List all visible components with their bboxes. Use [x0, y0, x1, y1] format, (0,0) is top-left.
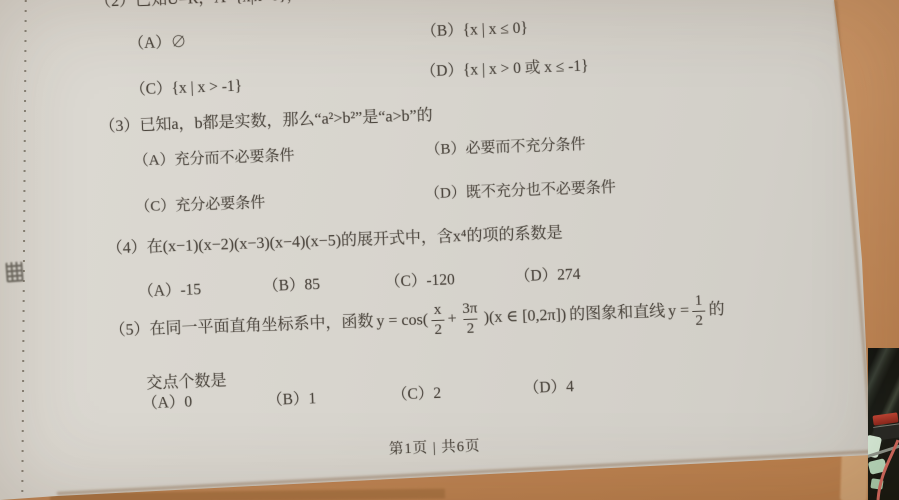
question-3-option-b: （B）必要而不充分条件	[425, 136, 586, 160]
question-4-stem: （4）在(x−1)(x−2)(x−3)(x−4)(x−5)的展开式中，含x⁴的项…	[106, 224, 562, 259]
paper-content: （2）已知U=R，A={x|x>0}，…（ ） （A）∅ （B）{x | x ≤…	[0, 0, 899, 500]
page-footer: 第1页 | 共6页	[389, 439, 481, 460]
question-3-option-c: （C）充分必要条件	[135, 194, 266, 217]
question-2-option-d: （D）{x | x > 0 或 x ≤ -1}	[420, 58, 588, 82]
question-5-line-y: y =	[668, 302, 690, 322]
fraction-1-over-2: 1 2	[692, 293, 707, 328]
question-2-option-a: （A）∅	[128, 34, 186, 55]
question-2-option-c: （C）{x | x > -1}	[130, 78, 243, 100]
photo-of-exam-paper: （2）已知U=R，A={x|x>0}，…（ ） （A）∅ （B）{x | x ≤…	[0, 0, 899, 500]
question-5-cos-expression: y = cos(	[376, 311, 428, 332]
question-5-option-b: （B）1	[267, 390, 317, 410]
question-4-option-b: （B）85	[263, 276, 320, 297]
question-5-mid-text: 的图象和直线	[569, 302, 666, 325]
exam-paper: （2）已知U=R，A={x|x>0}，…（ ） （A）∅ （B）{x | x ≤…	[0, 0, 899, 500]
question-4-option-c: （C）-120	[385, 271, 455, 292]
question-5-subline: 交点个数是	[146, 371, 227, 393]
question-5-option-a: （A）0	[142, 394, 193, 414]
question-3-option-d: （D）既不充分也不必要条件	[425, 179, 616, 204]
fraction-3pi-over-2: 3π 2	[459, 301, 481, 337]
fraction-x-over-2: x 2	[431, 302, 446, 337]
question-2-stem: （2）已知U=R，A={x|x>0}，…（ ）	[95, 0, 355, 12]
question-3-stem: （3）已知a，b都是实数，那么“a²>b²”是“a>b”的	[99, 106, 433, 137]
question-5-stem-lead: （5）在同一平面直角坐标系中，函数	[109, 313, 374, 341]
question-5-domain: )(x ∈ [0,2π])	[483, 306, 566, 328]
question-3-option-a: （A）充分而不必要条件	[133, 147, 294, 171]
seal-stamp-icon	[5, 261, 23, 282]
webcam-overlay[interactable]	[868, 348, 899, 500]
question-4-option-d: （D）274	[515, 266, 581, 287]
question-5-option-c: （C）2	[392, 385, 442, 405]
question-2-option-b: （B）{x | x ≤ 0}	[421, 20, 528, 42]
question-4-option-a: （A）-15	[138, 281, 201, 302]
plus-sign: +	[447, 310, 457, 329]
red-cable-icon	[868, 348, 899, 500]
question-5-tail: 的	[708, 300, 725, 320]
question-5-option-d: （D）4	[524, 378, 575, 398]
